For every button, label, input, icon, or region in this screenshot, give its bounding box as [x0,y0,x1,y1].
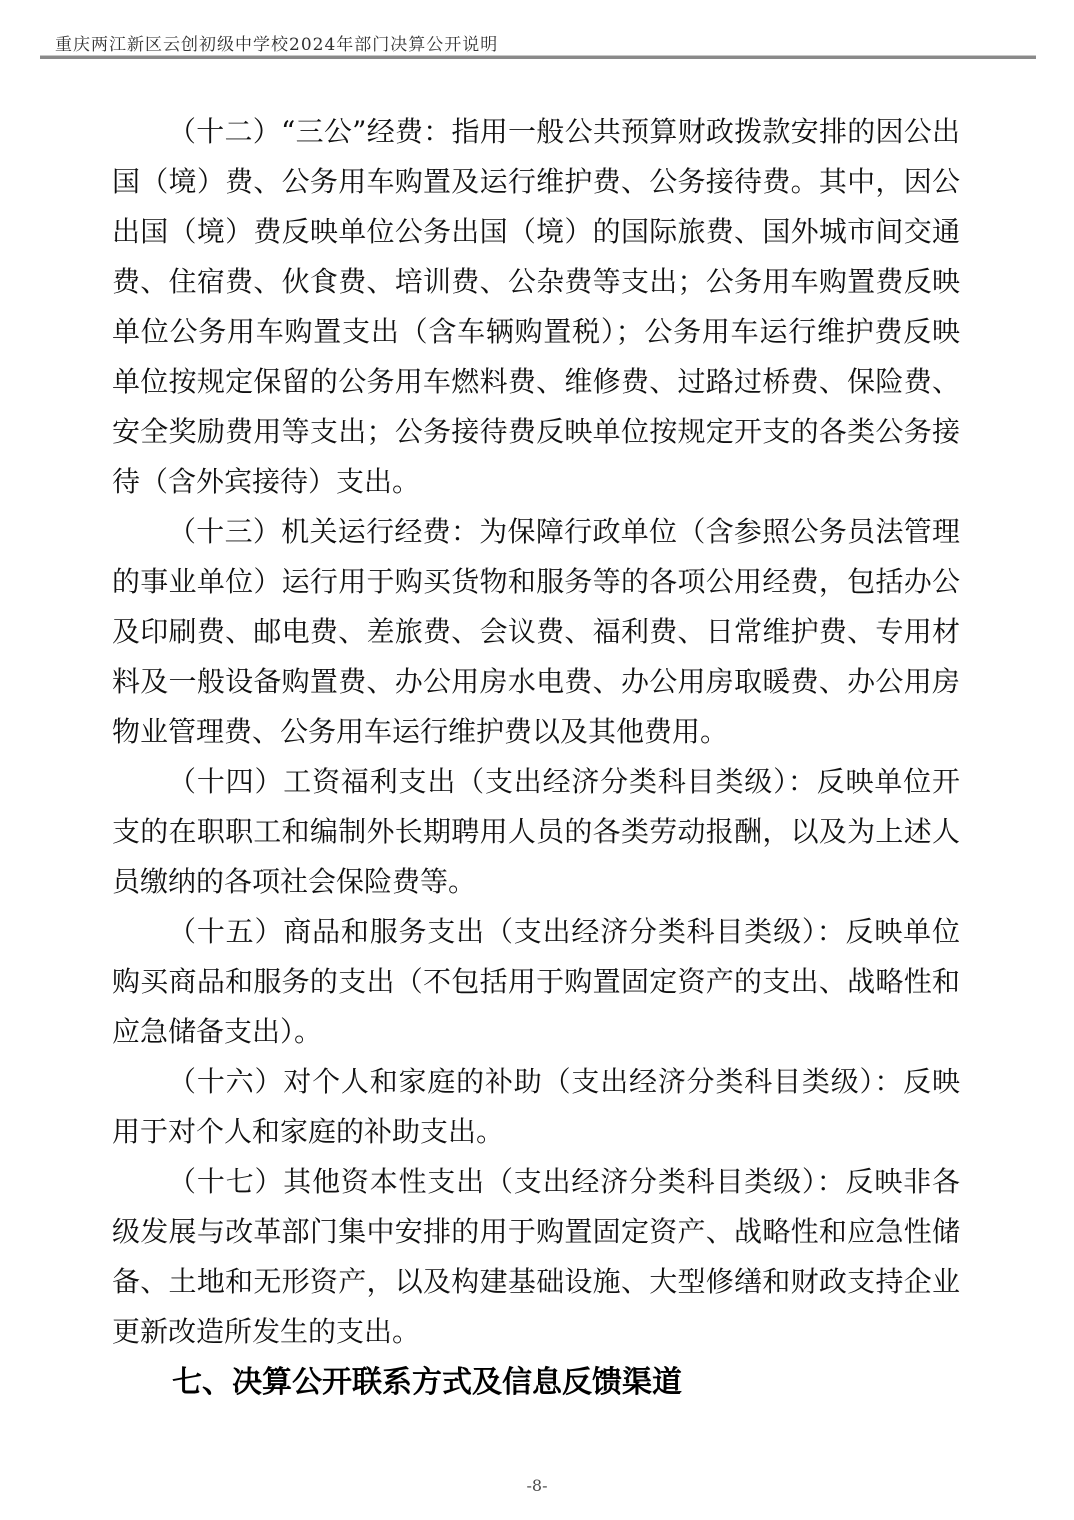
header-divider [40,55,1036,59]
body-paragraph: （十五）商品和服务支出（支出经济分类科目类级）：反映单位购买商品和服务的支出（不… [112,907,960,1057]
header-title: 重庆两江新区云创初级中学校2024年部门决算公开说明 [55,35,498,55]
body-paragraph: （十二）“三公”经费：指用一般公共预算财政拨款安排的因公出国（境）费、公务用车购… [112,107,960,507]
document-body: （十二）“三公”经费：指用一般公共预算财政拨款安排的因公出国（境）费、公务用车购… [112,107,960,1409]
section-heading: 七、决算公开联系方式及信息反馈渠道 [112,1357,960,1409]
page-header: 重庆两江新区云创初级中学校2024年部门决算公开说明 [55,30,498,55]
body-paragraph: （十四）工资福利支出（支出经济分类科目类级）：反映单位开支的在职职工和编制外长期… [112,757,960,907]
body-paragraph: （十六）对个人和家庭的补助（支出经济分类科目类级）：反映用于对个人和家庭的补助支… [112,1057,960,1157]
body-paragraph: （十七）其他资本性支出（支出经济分类科目类级）：反映非各级发展与改革部门集中安排… [112,1157,960,1357]
page-footer: -8- [0,1476,1074,1495]
body-paragraph: （十三）机关运行经费：为保障行政单位（含参照公务员法管理的事业单位）运行用于购买… [112,507,960,757]
document-page: 重庆两江新区云创初级中学校2024年部门决算公开说明 （十二）“三公”经费：指用… [0,0,1074,1520]
page-number: -8- [527,1476,548,1495]
